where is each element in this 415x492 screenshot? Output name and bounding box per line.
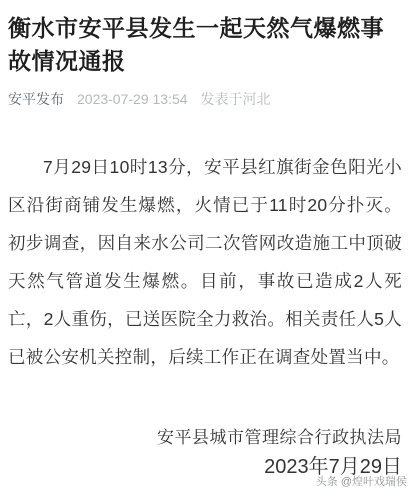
article-page: 衡水市安平县发生一起天然气爆燃事故情况通报 安平发布 2023-07-29 13… [0, 0, 415, 492]
publish-location: 发表于河北 [201, 89, 271, 109]
toutiao-watermark: 头条 @煌叶戏瑞侯 [316, 473, 407, 489]
publish-datetime: 2023-07-29 13:54 [77, 91, 188, 107]
signature-agency: 安平县城市管理综合行政执法局 [8, 426, 402, 450]
article-paragraph: 7月29日10时13分，安平县红旗街金色阳光小区沿街商铺发生爆燃，火情已于11时… [8, 148, 402, 376]
article-content: 衡水市安平县发生一起天然气爆燃事故情况通报 安平发布 2023-07-29 13… [0, 0, 415, 480]
byline: 安平发布 2023-07-29 13:54 发表于河北 [8, 89, 402, 109]
account-name-link[interactable]: 安平发布 [8, 89, 64, 109]
signature-block: 安平县城市管理综合行政执法局 2023年7月29日 [8, 426, 402, 480]
article-title: 衡水市安平县发生一起天然气爆燃事故情况通报 [8, 12, 402, 78]
